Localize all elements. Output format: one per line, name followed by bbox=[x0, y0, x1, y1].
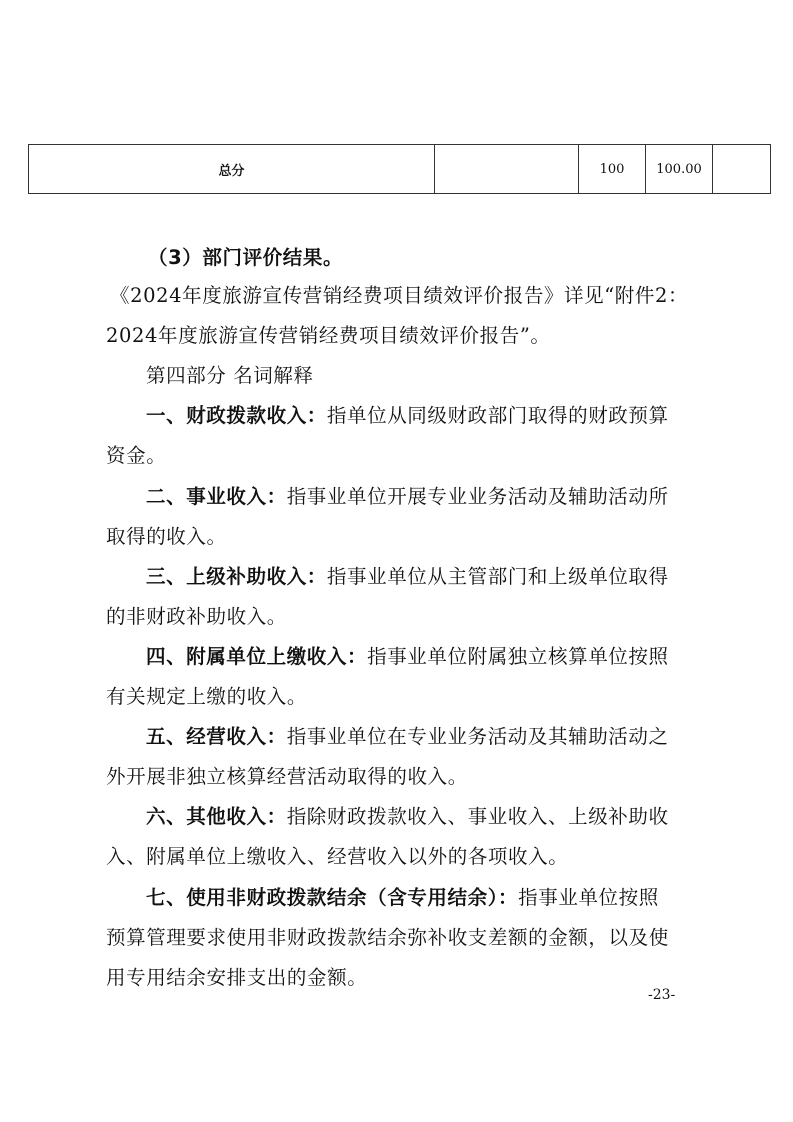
term-2-def: 指事业单位开展专业业务活动及辅助活动所 bbox=[287, 485, 669, 508]
term-2-def-cont: 取得的收入。 bbox=[106, 521, 227, 549]
term-5-def-cont: 外开展非独立核算经营活动取得的收入。 bbox=[106, 761, 468, 789]
term-6-def: 指除财政拨款收入、事业收入、上级补助收 bbox=[287, 805, 669, 828]
term-4-def: 指事业单位附属独立核算单位按照 bbox=[367, 645, 669, 668]
score-table: 总分 100 100.00 bbox=[28, 144, 771, 194]
term-2-name: 二、事业收入： bbox=[146, 485, 287, 508]
section3-body-line1: 《2024年度旅游宣传营销经费项目绩效评价报告》详见“附件2： bbox=[110, 280, 688, 308]
term-1-name: 一、财政拨款收入： bbox=[146, 404, 327, 427]
part4-title: 第四部分 名词解释 bbox=[146, 360, 314, 388]
section3-heading: （3）部门评价结果。 bbox=[148, 242, 343, 270]
term-7-def: 指事业单位按照 bbox=[518, 886, 659, 909]
term-3-def-cont: 的非财政补助收入。 bbox=[106, 601, 287, 629]
term-4-name: 四、附属单位上缴收入： bbox=[146, 645, 367, 668]
page-number: -23- bbox=[648, 987, 675, 1003]
term-5-name: 五、经营收入： bbox=[146, 725, 287, 748]
term-6-def-cont: 入、附属单位上缴收入、经营收入以外的各项收入。 bbox=[106, 841, 568, 869]
total-score-value: 100.00 bbox=[646, 145, 713, 194]
term-3-name: 三、上级补助收入： bbox=[146, 565, 327, 588]
term-5-def: 指事业单位在专业业务活动及其辅助活动之 bbox=[287, 725, 669, 748]
section3-body-line2: 2024年度旅游宣传营销经费项目绩效评价报告”。 bbox=[106, 320, 551, 348]
term-7-def-cont-1: 预算管理要求使用非财政拨款结余弥补收支差额的金额，以及使 bbox=[106, 922, 669, 950]
term-3-def: 指事业单位从主管部门和上级单位取得 bbox=[327, 565, 669, 588]
term-4-def-cont: 有关规定上缴的收入。 bbox=[106, 681, 307, 709]
term-7-name: 七、使用非财政拨款结余（含专用结余）： bbox=[146, 886, 518, 909]
total-score-row: 总分 100 100.00 bbox=[29, 145, 771, 194]
term-1-def-cont: 资金。 bbox=[106, 440, 166, 468]
total-score-col2 bbox=[435, 145, 579, 194]
term-7-def-cont-2: 用专用结余安排支出的金额。 bbox=[106, 962, 367, 990]
total-weight: 100 bbox=[579, 145, 646, 194]
term-1-def: 指单位从同级财政部门取得的财政预算 bbox=[327, 404, 669, 427]
term-6-name: 六、其他收入： bbox=[146, 805, 287, 828]
total-score-col5 bbox=[713, 145, 771, 194]
total-score-label: 总分 bbox=[29, 145, 435, 194]
